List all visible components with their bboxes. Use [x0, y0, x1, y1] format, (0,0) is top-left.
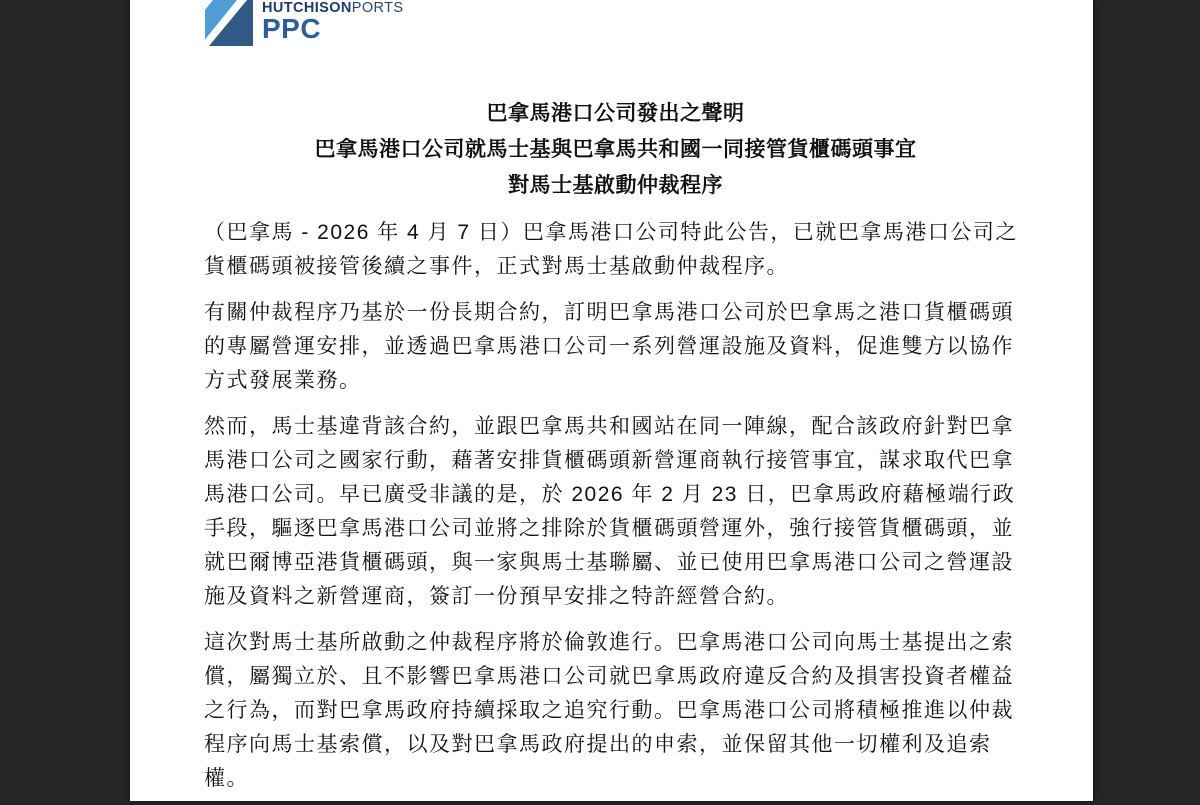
paragraph-contract-basis: 有關仲裁程序乃基於一份長期合約，訂明巴拿馬港口公司於巴拿馬之港口貨櫃碼頭的專屬營… [204, 296, 1027, 398]
title-line-1: 巴拿馬港口公司發出之聲明 [204, 96, 1027, 132]
title-line-2: 巴拿馬港口公司就馬士基與巴拿馬共和國一同接管貨櫃碼頭事宜 [204, 132, 1027, 168]
paragraph-arbitration-london: 這次對馬士基所啟動之仲裁程序將於倫敦進行。巴拿馬港口公司向馬士基提出之索償，屬獨… [204, 626, 1027, 796]
logo-brand-suffix: PORTS [352, 0, 404, 16]
document-title-block: 巴拿馬港口公司發出之聲明 巴拿馬港口公司就馬士基與巴拿馬共和國一同接管貨櫃碼頭事… [204, 96, 1027, 204]
paragraph-dateline-announcement: （巴拿馬 - 2026 年 4 月 7 日）巴拿馬港口公司特此公告，已就巴拿馬港… [204, 216, 1027, 284]
title-line-3: 對馬士基啟動仲裁程序 [204, 168, 1027, 204]
document-page: HUTCHISONPORTS PPC 巴拿馬港口公司發出之聲明 巴拿馬港口公司就… [130, 0, 1093, 801]
document-content: 巴拿馬港口公司發出之聲明 巴拿馬港口公司就馬士基與巴拿馬共和國一同接管貨櫃碼頭事… [130, 0, 1093, 796]
hutchison-ports-logo-mark-icon [205, 0, 253, 46]
logo-text: HUTCHISONPORTS PPC [262, 1, 404, 42]
paragraph-breach-description: 然而，馬士基違背該合約，並跟巴拿馬共和國站在同一陣線，配合該政府針對巴拿馬港口公… [204, 410, 1027, 614]
pdf-viewer-background: HUTCHISONPORTS PPC 巴拿馬港口公司發出之聲明 巴拿馬港口公司就… [0, 0, 1200, 805]
hutchison-ports-ppc-logo: HUTCHISONPORTS PPC [205, 0, 404, 46]
logo-subbrand-ppc: PPC [262, 16, 404, 42]
